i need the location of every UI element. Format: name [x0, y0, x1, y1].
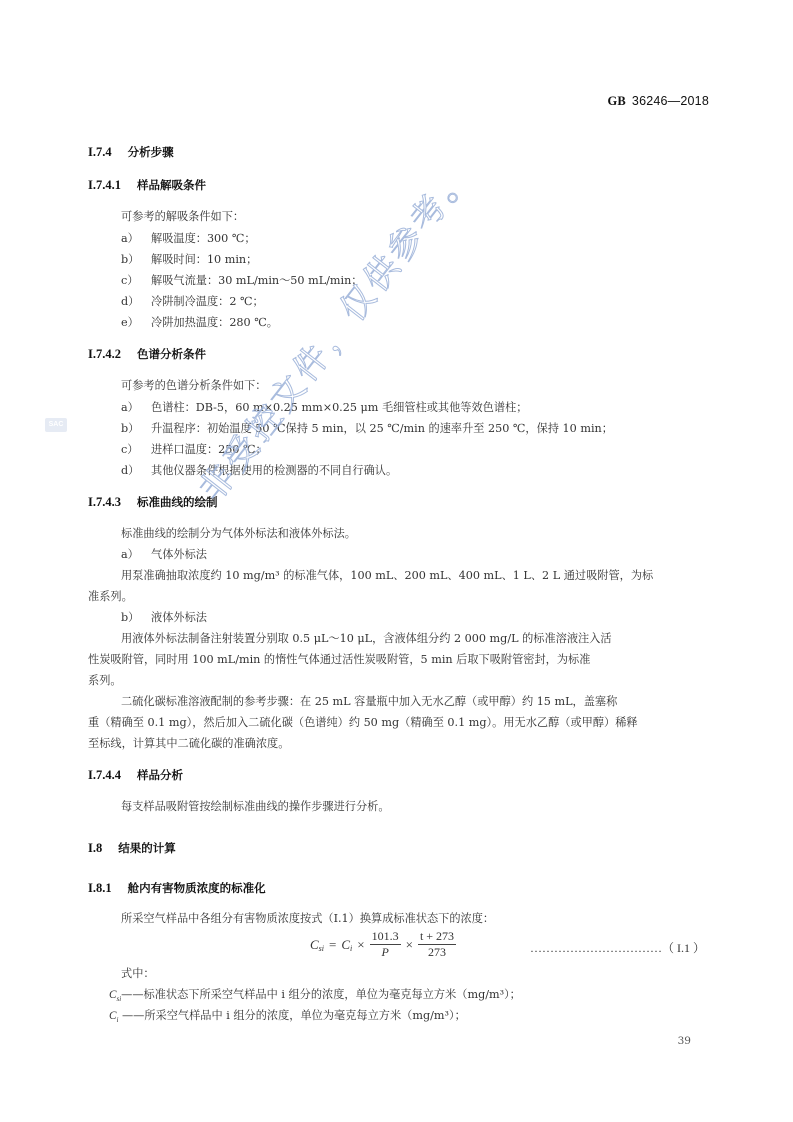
paragraph: 所采空气样品中各组分有害物质浓度按式（I.1）换算成标准状态下的浓度： — [121, 910, 494, 926]
section-number: I.8.1 — [88, 881, 112, 896]
paragraph-line: 至标线，计算其中二硫化碳的准确浓度。 — [88, 735, 289, 751]
definition-text: ——标准状态下所采空气样品中 i 组分的浓度，单位为毫克每立方米（mg/m³）； — [121, 988, 521, 1001]
formula-ci: Ci — [341, 937, 352, 953]
list-marker: a） — [121, 230, 151, 246]
paragraph-line: 用泵准确抽取浓度约 10 mg/m³ 的标准气体，100 mL、200 mL、4… — [121, 567, 653, 583]
section-title: 样品分析 — [137, 768, 183, 782]
formula-lhs: Csi — [310, 937, 324, 953]
list-text: 进样口温度：250 ℃； — [151, 443, 267, 456]
list-marker: d） — [121, 293, 151, 309]
subscript: i — [350, 944, 352, 953]
paragraph: 可参考的色谱分析条件如下： — [121, 377, 266, 393]
definition-text: ——所采空气样品中 i 组分的浓度，单位为毫克每立方米（mg/m³）； — [118, 1009, 465, 1022]
list-marker: b） — [121, 420, 151, 436]
heading-i-8-1: I.8.1 舱内有害物质浓度的标准化 — [88, 880, 266, 896]
where-label: 式中： — [121, 965, 155, 981]
paragraph-line: 二硫化碳标准溶液配制的参考步骤：在 25 mL 容量瓶中加入无水乙醇（或甲醇）约… — [121, 693, 617, 709]
definition-item: Ci ——所采空气样品中 i 组分的浓度，单位为毫克每立方米（mg/m³）； — [109, 1007, 466, 1024]
times-sign: × — [357, 937, 364, 953]
list-item: d）其他仪器条件根据使用的检测器的不同自行确认。 — [121, 462, 397, 478]
paragraph-line: 用液体外标法制备注射装置分别取 0.5 μL～10 μL，含液体组分约 2 00… — [121, 630, 612, 646]
list-text: 解吸气流量：30 mL/min～50 mL/min； — [151, 274, 362, 287]
list-item: c）解吸气流量：30 mL/min～50 mL/min； — [121, 272, 362, 288]
list-marker: c） — [121, 441, 151, 457]
list-text: 其他仪器条件根据使用的检测器的不同自行确认。 — [151, 464, 397, 477]
section-number: I.7.4.1 — [88, 178, 121, 193]
list-item: a）色谱柱：DB-5，60 m×0.25 mm×0.25 μm 毛细管柱或其他等… — [121, 399, 527, 415]
equation-number: ……………………………（ I.1 ） — [530, 939, 705, 956]
section-number: I.8 — [88, 841, 102, 856]
heading-i-7-4-4: I.7.4.4 样品分析 — [88, 767, 183, 783]
heading-i-7-4: I.7.4 分析步骤 — [88, 144, 174, 160]
fraction-pressure: 101.3 P — [370, 929, 401, 960]
list-text: 冷阱制冷温度：2 ℃； — [151, 295, 264, 308]
list-text: 冷阱加热温度：280 ℃。 — [151, 316, 278, 329]
equals-sign: = — [329, 937, 336, 953]
sac-logo-icon: SAC — [45, 418, 67, 432]
section-number: I.7.4.2 — [88, 347, 121, 362]
fraction-temperature: t + 273 273 — [418, 929, 456, 960]
section-title: 色谱分析条件 — [137, 347, 206, 361]
list-marker: a） — [121, 546, 151, 562]
page-number: 39 — [678, 1035, 691, 1047]
formula-i-1: Csi = Ci × 101.3 P × t + 273 273 — [310, 929, 456, 960]
list-item: a）解吸温度：300 ℃； — [121, 230, 256, 246]
subscript: si — [319, 944, 324, 953]
list-item: d）冷阱制冷温度：2 ℃； — [121, 293, 264, 309]
heading-i-7-4-2: I.7.4.2 色谱分析条件 — [88, 346, 206, 362]
paragraph-line: 准系列。 — [88, 588, 133, 604]
section-title: 舱内有害物质浓度的标准化 — [128, 881, 266, 895]
denominator: P — [381, 945, 388, 959]
section-title: 标准曲线的绘制 — [137, 495, 218, 509]
list-marker: b） — [121, 609, 151, 625]
paragraph: 每支样品吸附管按绘制标准曲线的操作步骤进行分析。 — [121, 798, 390, 814]
symbol: C — [310, 937, 319, 952]
list-marker: e） — [121, 314, 151, 330]
list-text: 升温程序：初始温度 50 ℃保持 5 min，以 25 ℃/min 的速率升至 … — [151, 422, 613, 435]
list-marker: b） — [121, 251, 151, 267]
numerator: t + 273 — [418, 929, 456, 945]
section-title: 样品解吸条件 — [137, 178, 206, 192]
list-marker: c） — [121, 272, 151, 288]
heading-i-8: I.8 结果的计算 — [88, 840, 176, 856]
heading-i-7-4-3: I.7.4.3 标准曲线的绘制 — [88, 494, 218, 510]
list-item: b）升温程序：初始温度 50 ℃保持 5 min，以 25 ℃/min 的速率升… — [121, 420, 613, 436]
list-text: 解吸时间：10 min； — [151, 253, 257, 266]
standard-prefix: GB — [607, 94, 625, 108]
section-number: I.7.4.4 — [88, 768, 121, 783]
list-text: 解吸温度：300 ℃； — [151, 232, 256, 245]
times-sign: × — [406, 937, 413, 953]
symbol: C — [341, 937, 350, 952]
standard-code: GB36246—2018 — [607, 94, 709, 109]
paragraph: 可参考的解吸条件如下： — [121, 208, 244, 224]
definition-item: Csi——标准状态下所采空气样品中 i 组分的浓度，单位为毫克每立方米（mg/m… — [109, 986, 521, 1003]
paragraph-line: 重（精确至 0.1 mg），然后加入二硫化碳（色谱纯）约 50 mg（精确至 0… — [88, 714, 638, 730]
list-text: 色谱柱：DB-5，60 m×0.25 mm×0.25 μm 毛细管柱或其他等效色… — [151, 401, 527, 414]
paragraph-line: 系列。 — [88, 672, 122, 688]
section-number: I.7.4.3 — [88, 495, 121, 510]
list-marker: a） — [121, 399, 151, 415]
list-item: e）冷阱加热温度：280 ℃。 — [121, 314, 278, 330]
denominator: 273 — [426, 945, 448, 960]
list-text: 液体外标法 — [151, 611, 207, 624]
list-item: a）气体外标法 — [121, 546, 207, 562]
section-title: 分析步骤 — [128, 145, 174, 159]
section-title: 结果的计算 — [118, 841, 176, 855]
list-item: c）进样口温度：250 ℃； — [121, 441, 267, 457]
paragraph-line: 性炭吸附管，同时用 100 mL/min 的惰性气体通过活性炭吸附管，5 min… — [88, 651, 590, 667]
list-text: 气体外标法 — [151, 548, 207, 561]
heading-i-7-4-1: I.7.4.1 样品解吸条件 — [88, 177, 206, 193]
numerator: 101.3 — [370, 929, 401, 945]
standard-number: 36246—2018 — [632, 94, 709, 108]
section-number: I.7.4 — [88, 145, 112, 160]
paragraph: 标准曲线的绘制分为气体外标法和液体外标法。 — [121, 525, 356, 541]
list-item: b）解吸时间：10 min； — [121, 251, 257, 267]
list-item: b）液体外标法 — [121, 609, 207, 625]
list-marker: d） — [121, 462, 151, 478]
